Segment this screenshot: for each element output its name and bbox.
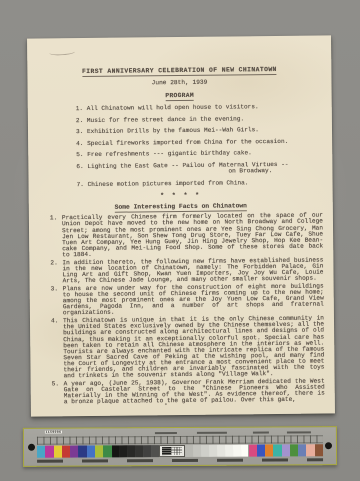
pencil-mark (49, 48, 75, 56)
color-patch (209, 445, 217, 457)
item-number: 2. (76, 118, 87, 124)
color-patch (151, 445, 159, 457)
color-patch (217, 445, 225, 457)
color-patch (119, 445, 127, 457)
color-patch (241, 445, 249, 457)
program-list: 1.All Chinatown will hold open house to … (76, 103, 333, 188)
color-patch (233, 445, 241, 457)
patches-dark (112, 445, 160, 457)
negative-id-label: 1159006 (45, 431, 62, 434)
resolution-panel (159, 445, 185, 457)
facts-item: 3.Plans are now under way for the constr… (51, 283, 324, 316)
printed-text-mark (155, 432, 177, 434)
color-patch (135, 445, 143, 457)
scan-background: FIRST ANNIVERSARY CELEBRATION OF NEW CHI… (0, 0, 360, 481)
registration-dashes (37, 458, 323, 462)
item-number: 6. (76, 164, 87, 170)
item-text: A year ago, (June 25, 1938), Governor Fr… (64, 377, 325, 405)
calibration-bar: 1159006 (23, 426, 337, 467)
color-patch (248, 445, 256, 457)
facts-list: 1.Practically every Chinese firm formerl… (50, 213, 325, 406)
document-title-text: FIRST ANNIVERSARY CELEBRATION OF NEW CHI… (82, 66, 277, 77)
item-number: 1. (76, 106, 87, 112)
item-text: Free refreshments --- gigantic birthday … (87, 150, 252, 159)
color-patch (45, 446, 53, 458)
ruler-ticks (37, 435, 323, 444)
color-patch (290, 444, 298, 456)
color-patch (193, 445, 201, 457)
item-text: Music for free street dance in the eveni… (87, 115, 244, 124)
color-patches-strip (37, 444, 323, 457)
color-patch (37, 446, 45, 458)
color-patch (62, 446, 70, 458)
color-patch (273, 444, 281, 456)
item-text: All Chinatown will hold open house to vi… (87, 103, 259, 112)
item-number: 3. (51, 286, 58, 292)
facts-item: 2.In addition thereto, the following new… (50, 257, 323, 284)
color-patch (265, 445, 273, 457)
item-number: 5. (76, 152, 87, 158)
color-patch (306, 444, 314, 456)
facts-heading: Some Interesting Facts on Chinatown (29, 202, 333, 212)
program-item: 1.All Chinatown will hold open house to … (76, 103, 332, 112)
calibration-bar-inner: 1159006 (37, 428, 323, 464)
item-number: 4. (76, 141, 87, 147)
patches-light (185, 445, 248, 457)
program-item: 7.Chinese motion pictures imported from … (77, 179, 333, 188)
program-item: 6.Lighting the East Gate -- Pailou of Ma… (76, 161, 332, 176)
color-patch (143, 445, 151, 457)
program-item: 5.Free refreshments --- gigantic birthda… (76, 150, 332, 159)
color-patch (78, 445, 86, 457)
item-number: 3. (76, 129, 87, 135)
item-text: Special fireworks imported from China fo… (87, 138, 288, 147)
item-text: Practically every Chinese firm formerly … (62, 212, 323, 258)
patches-right (248, 444, 323, 456)
color-patch (127, 445, 135, 457)
color-patch (282, 444, 290, 456)
color-patch (185, 445, 193, 457)
facts-item: 1.Practically every Chinese firm formerl… (50, 213, 323, 259)
facts-item: 5.A year ago, (June 25, 1938), Governor … (52, 378, 325, 405)
color-patch (70, 446, 78, 458)
color-patch (54, 446, 62, 458)
program-heading: PROGRAM (28, 90, 332, 100)
color-patch (95, 445, 103, 457)
printed-text-mark (287, 431, 311, 433)
color-patch (225, 445, 233, 457)
program-item: 3.Exhibition Drills by the famous Mei--W… (76, 127, 332, 136)
color-patch (112, 445, 120, 457)
printed-text-mark (253, 432, 269, 434)
program-item: 2.Music for free street dance in the eve… (76, 115, 332, 124)
document-date: June 28th, 1939 (27, 77, 331, 87)
paper-stain (165, 403, 167, 405)
document-title: FIRST ANNIVERSARY CELEBRATION OF NEW CHI… (35, 66, 323, 76)
facts-item: 4.This Chinatown is unique in that it is… (51, 316, 325, 380)
color-patch (315, 444, 323, 456)
printed-text-mark (197, 432, 227, 434)
color-patch (87, 445, 95, 457)
item-text: Plans are now under way for the construc… (63, 282, 324, 316)
registration-dot-left (28, 444, 35, 451)
program-item: 4.Special fireworks imported from China … (76, 138, 332, 147)
patches-left (37, 445, 112, 457)
facts-heading-text: Some Interesting Facts on Chinatown (115, 203, 247, 213)
item-number: 7. (77, 182, 88, 188)
item-number: 4. (51, 318, 58, 324)
item-number: 5. (52, 381, 59, 387)
resolution-grid (171, 447, 182, 455)
calibration-bar-header: 1159006 (37, 428, 323, 436)
registration-dot-right (325, 442, 332, 449)
color-patch (201, 445, 209, 457)
program-heading-text: PROGRAM (165, 92, 194, 101)
step-wedge (162, 447, 171, 455)
section-separator: * * * * (29, 191, 333, 201)
item-number: 2. (50, 260, 57, 266)
item-text: Exhibition Drills by the famous Mei--Wah… (87, 126, 259, 135)
item-text: Chinese motion pictures imported from Ch… (88, 179, 249, 188)
document-page: FIRST ANNIVERSARY CELEBRATION OF NEW CHI… (27, 35, 335, 416)
item-text: In addition thereto, the following new f… (62, 256, 323, 284)
color-patch (257, 445, 265, 457)
item-text: This Chinatown is unique in that it is t… (63, 315, 325, 380)
item-number: 1. (50, 216, 57, 222)
color-patch (298, 444, 306, 456)
color-patch (103, 445, 111, 457)
